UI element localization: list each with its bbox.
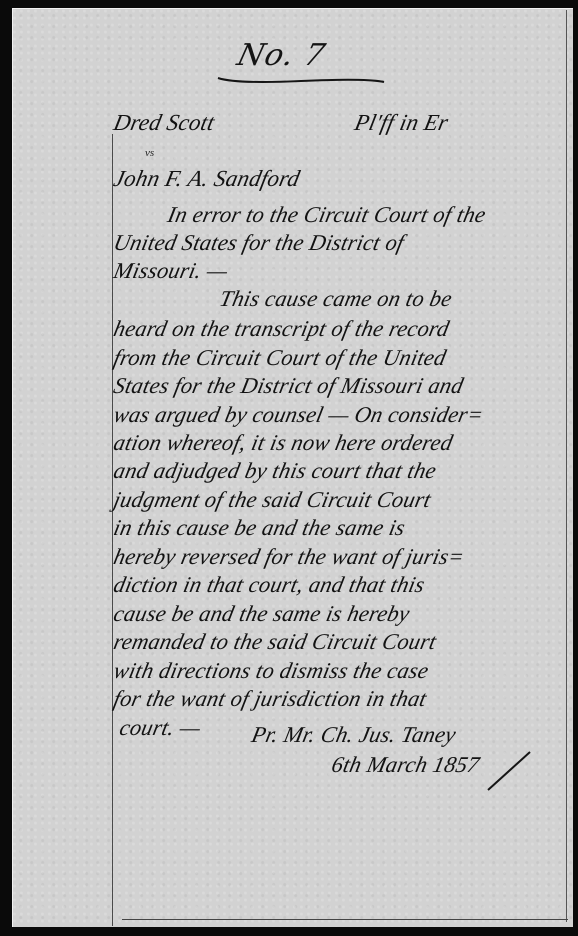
body-line: with directions to dismiss the case bbox=[111, 658, 431, 684]
versus-mark: vs bbox=[145, 147, 154, 159]
body-line: heard on the transcript of the record bbox=[111, 316, 451, 342]
body-line: hereby reversed for the want of juris= bbox=[111, 544, 466, 570]
body-line: remanded to the said Circuit Court bbox=[111, 629, 439, 655]
body-line: This cause came on to be bbox=[217, 286, 454, 312]
body-line: In error to the Circuit Court of the bbox=[165, 202, 488, 228]
defendant-name: John F. A. Sandford bbox=[111, 166, 302, 192]
plaintiff-role: Pl'ff in Er bbox=[352, 110, 450, 136]
body-line: judgment of the said Circuit Court bbox=[111, 487, 433, 513]
bottom-rule bbox=[122, 919, 568, 920]
plaintiff-name: Dred Scott bbox=[111, 110, 217, 136]
body-line: was argued by counsel — On consider= bbox=[111, 402, 486, 428]
body-line: United States for the District of bbox=[111, 230, 406, 256]
body-line: diction in that court, and that this bbox=[111, 572, 427, 598]
body-line: ation whereof, it is now here ordered bbox=[111, 430, 455, 456]
body-line: in this cause be and the same is bbox=[111, 515, 407, 541]
body-line: Missouri. — bbox=[111, 258, 230, 284]
body-line: court. — bbox=[117, 715, 203, 741]
signature-name: Pr. Mr. Ch. Jus. Taney bbox=[249, 722, 458, 748]
right-edge-rule bbox=[566, 10, 567, 922]
body-line: from the Circuit Court of the United bbox=[111, 345, 448, 371]
heading-underline-flourish bbox=[216, 72, 386, 84]
body-line: cause be and the same is hereby bbox=[111, 601, 412, 627]
signature-date: 6th March 1857 bbox=[329, 752, 481, 778]
body-line: States for the District of Missouri and bbox=[111, 373, 466, 399]
document-number: No. 7 bbox=[234, 38, 330, 73]
body-line: for the want of jurisdiction in that bbox=[111, 686, 429, 712]
signature-flourish bbox=[470, 748, 540, 794]
body-line: and adjudged by this court that the bbox=[111, 458, 438, 484]
